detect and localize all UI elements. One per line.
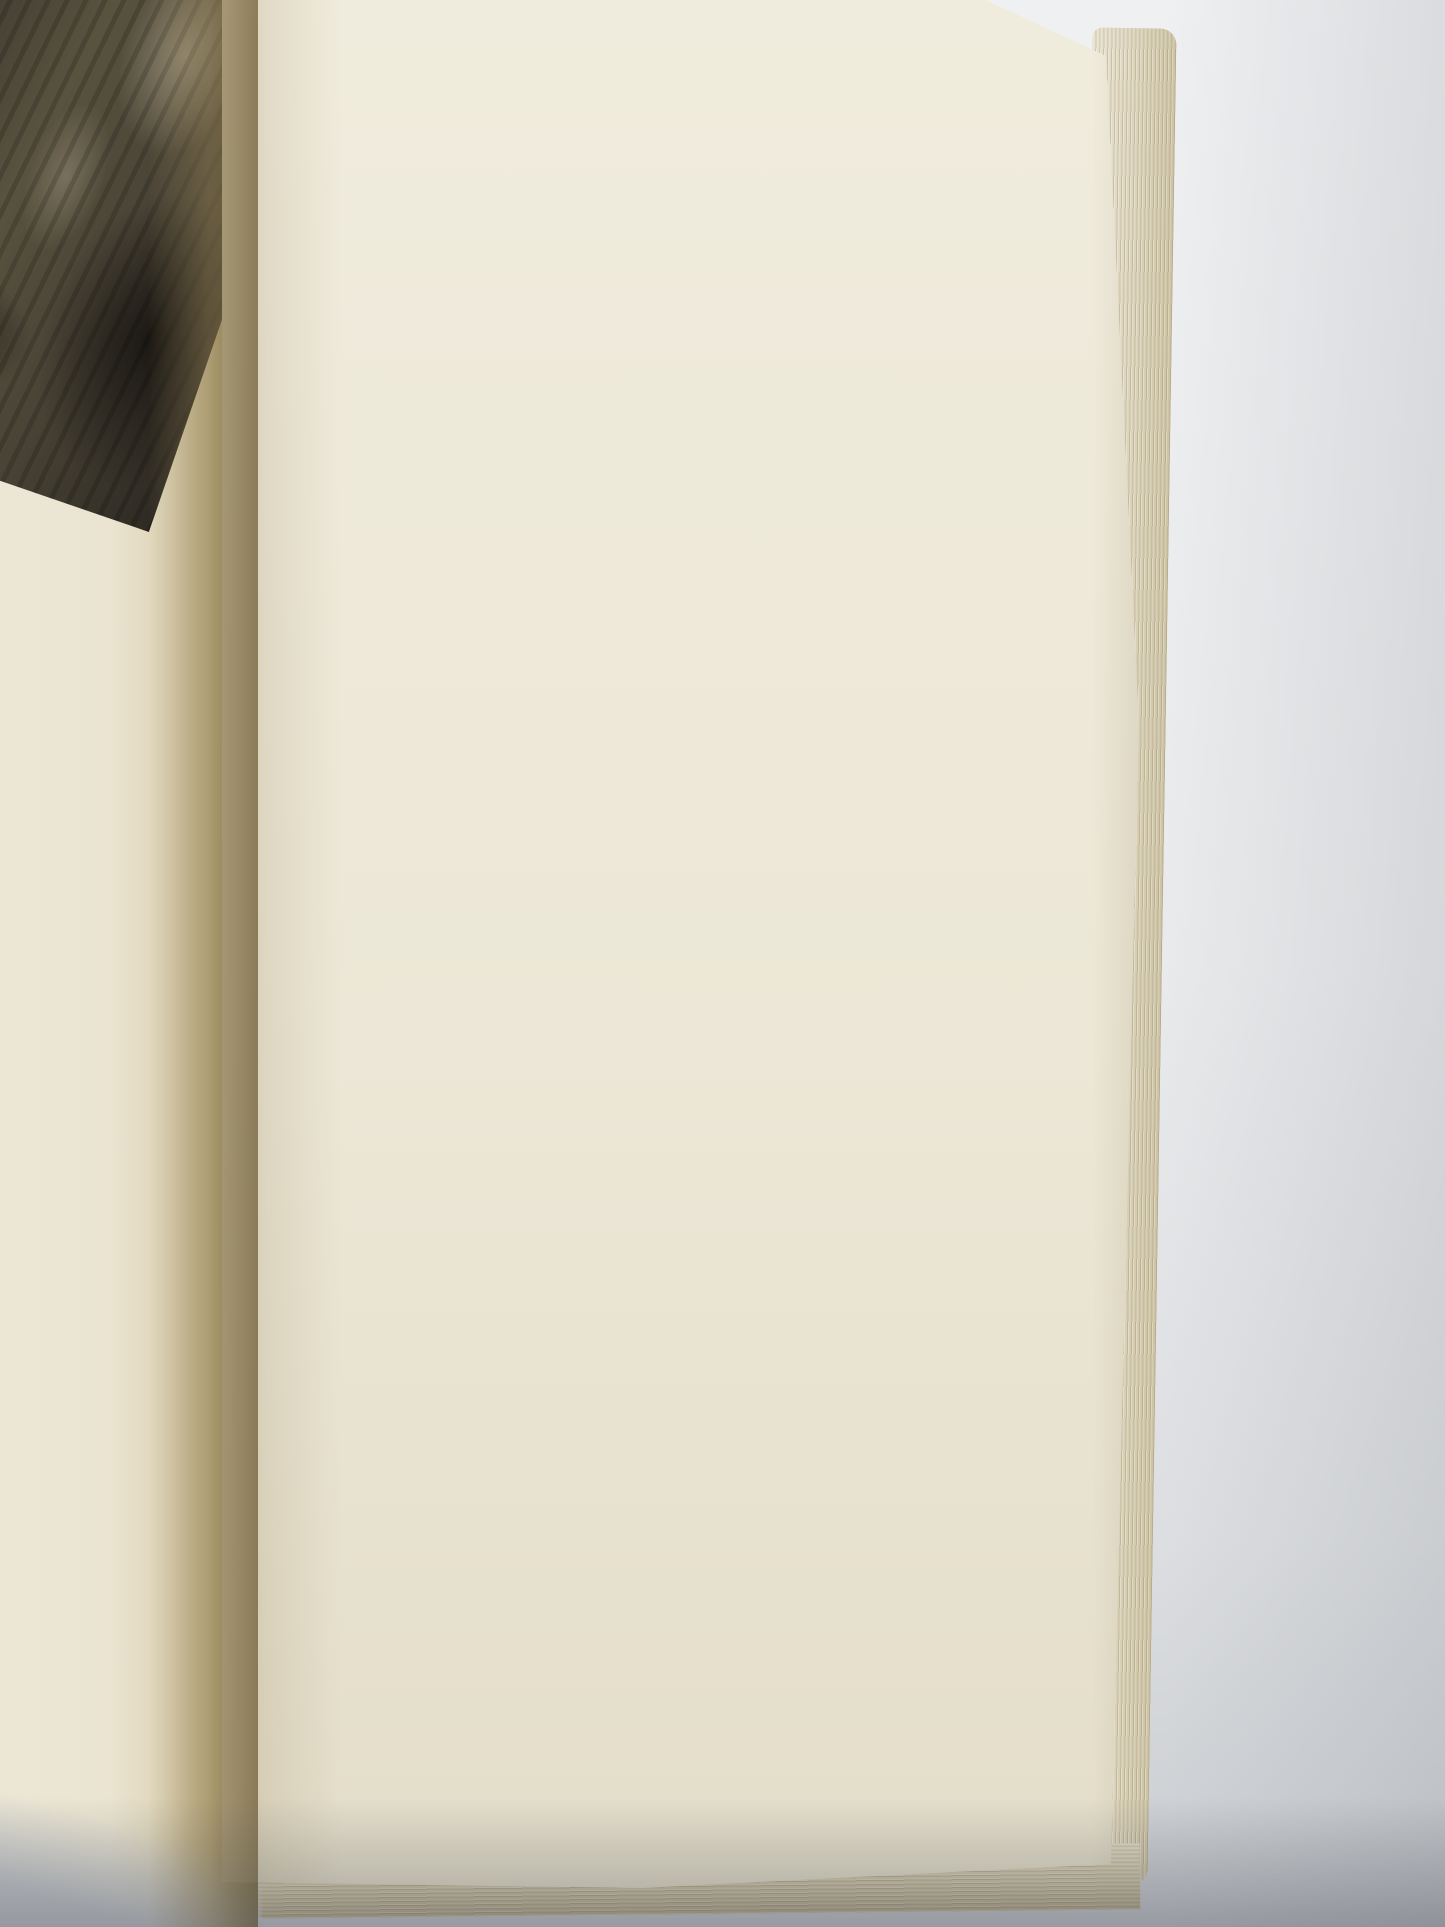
woodcut-adam-and-eve-illustration	[0, 0, 258, 532]
photo-backdrop-shading	[1165, 0, 1445, 1927]
paragraph-2	[253, 200, 937, 207]
paragraph-1	[253, 200, 937, 207]
right-page	[222, 0, 1162, 1925]
body-text	[253, 200, 938, 283]
book-photo	[0, 0, 1445, 1927]
paragraph-3	[254, 276, 938, 283]
right-page-content	[251, 0, 1029, 1901]
showthrough-layer	[251, 0, 1029, 1901]
running-head-row	[252, 85, 1008, 92]
paragraph-4	[254, 276, 938, 283]
footnotes	[238, 276, 946, 283]
section-heading	[256, 276, 938, 283]
footnote-2	[238, 276, 946, 283]
footnote-1	[238, 276, 946, 283]
left-page	[0, 0, 258, 1927]
